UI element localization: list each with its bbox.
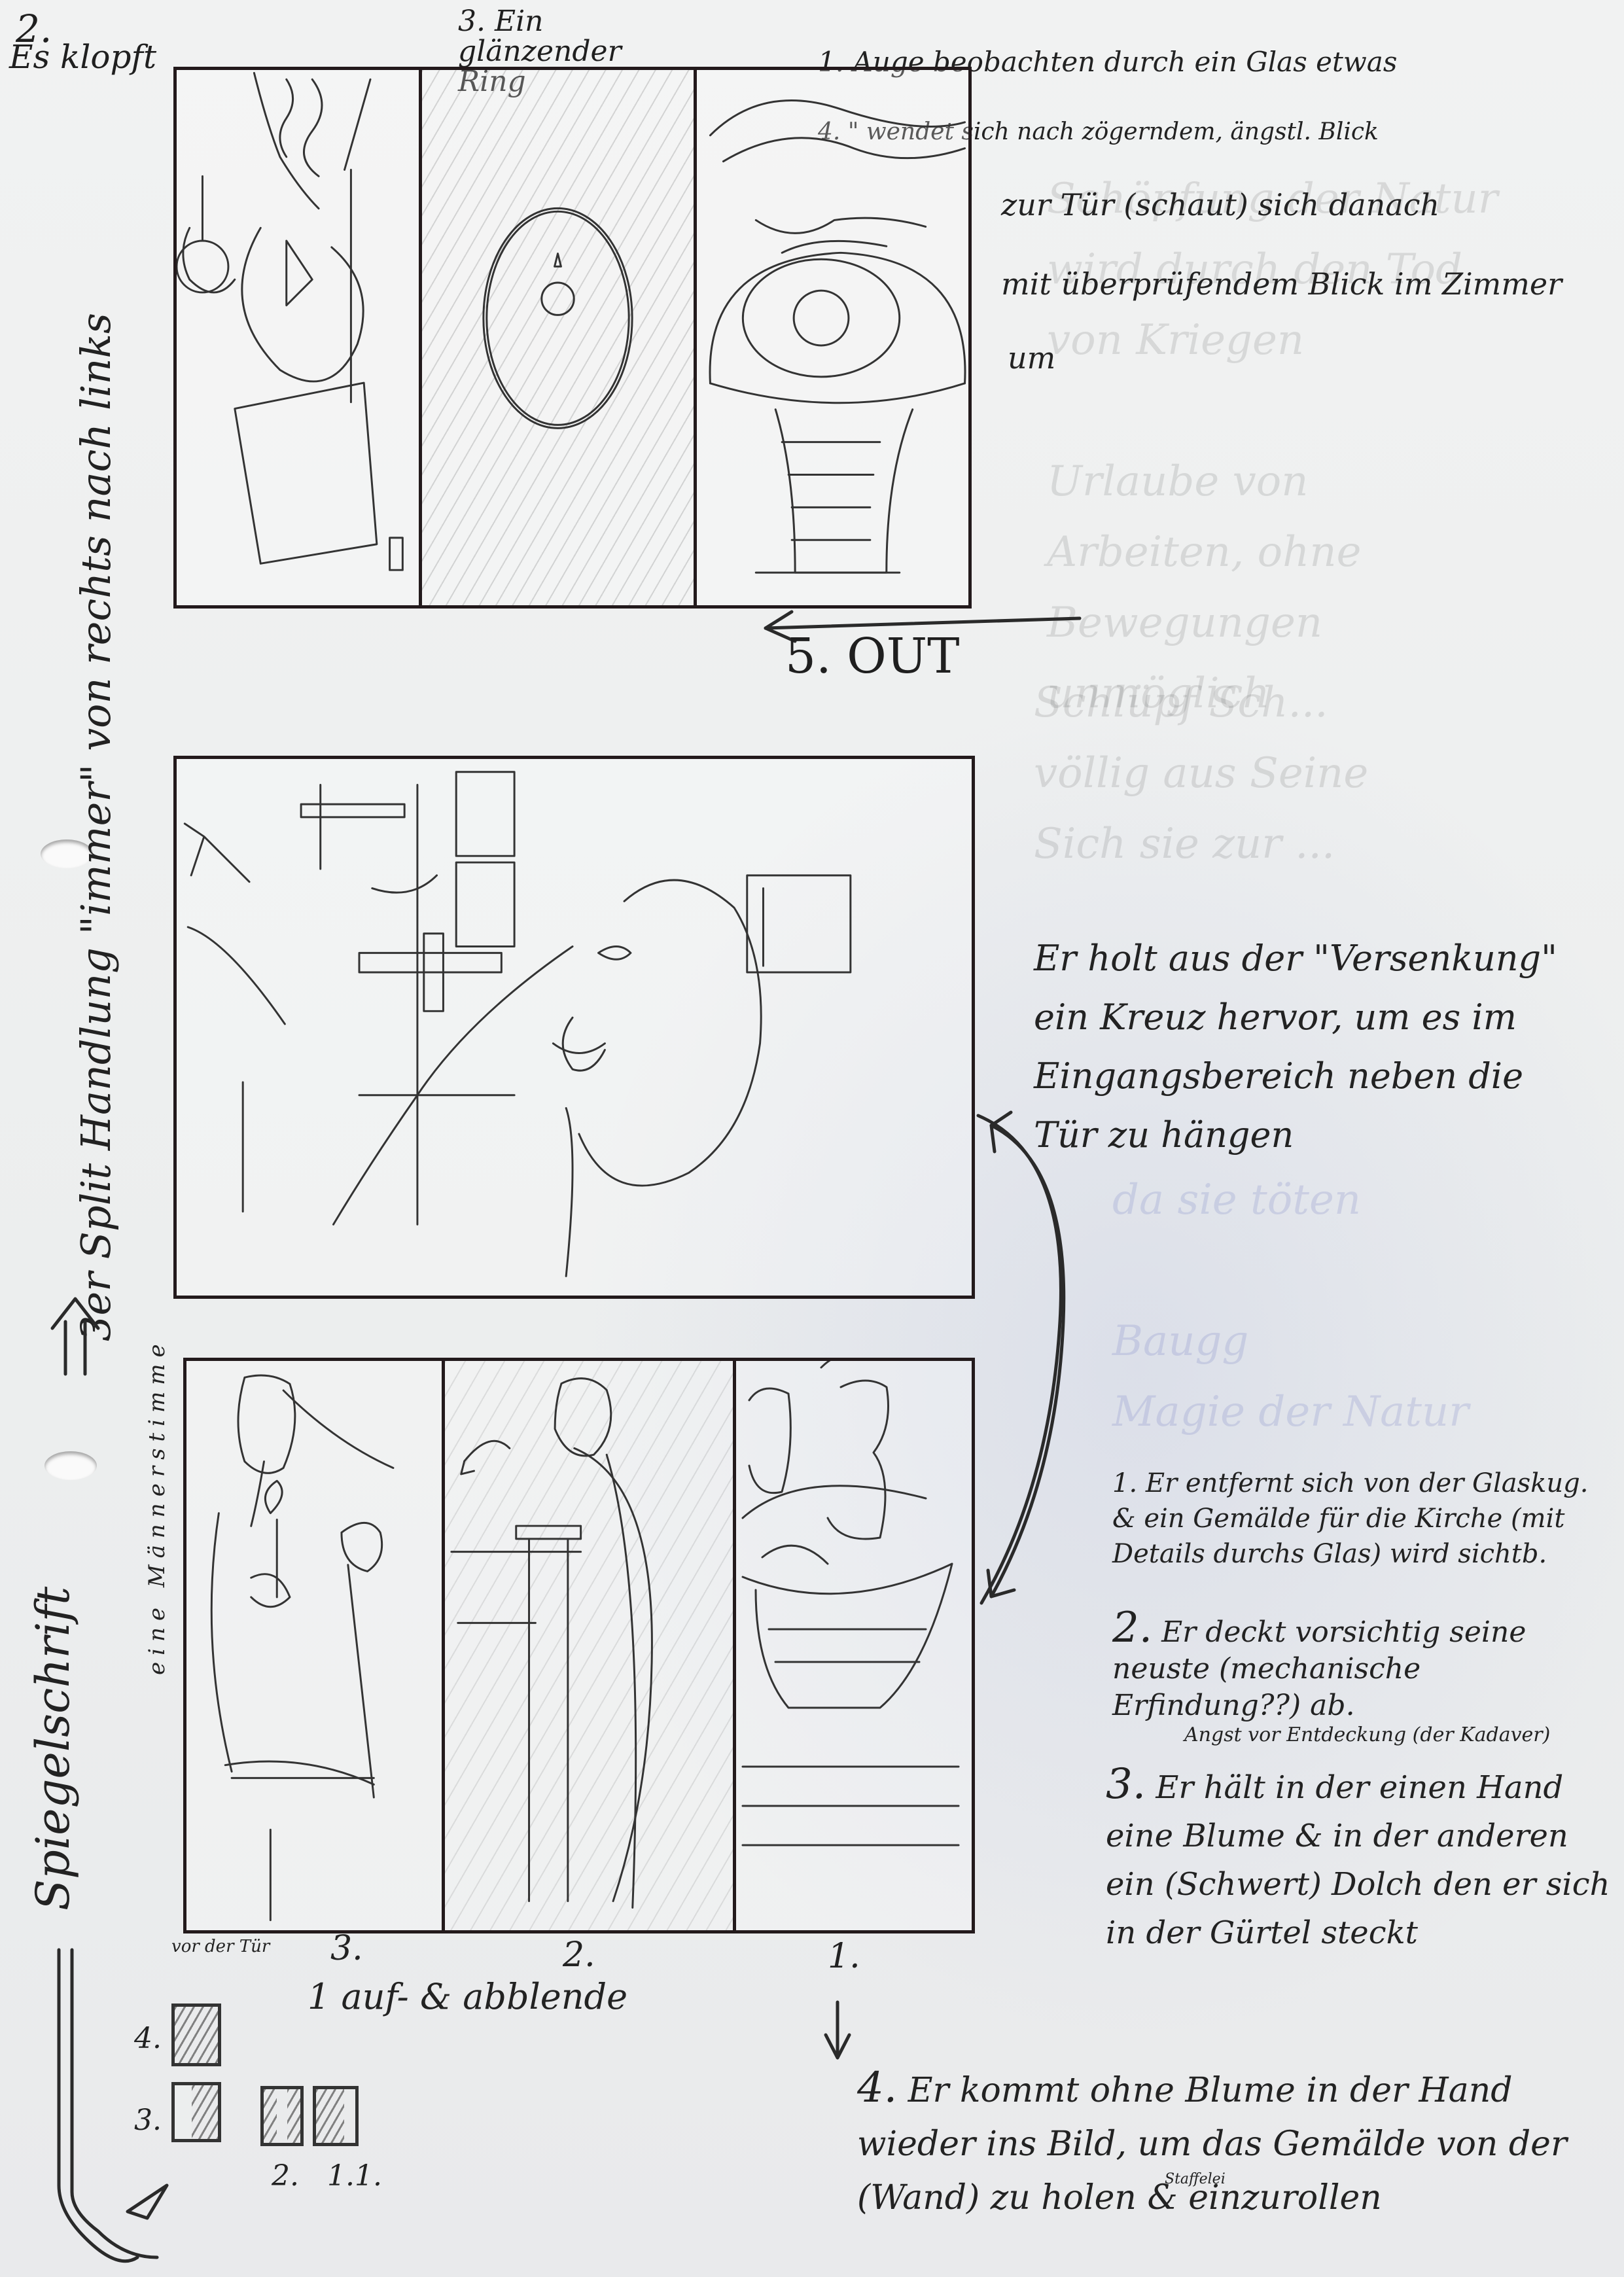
bottom-note-2: 2. Er deckt vorsichtig seine neuste (mec…	[1112, 1610, 1610, 1746]
bottom-note-4-insert: Staffelei	[1165, 2153, 1226, 2206]
label-3-number: 3.	[458, 5, 485, 38]
vertical-note-maennerstimme: eine Männerstimme	[144, 1337, 170, 1675]
label-panel-3: 3.	[330, 1929, 363, 1968]
bleed-through-middle-right: Schlüpf Sch... völlig aus Seine Sich sie…	[1034, 667, 1368, 879]
storyboard-frame-bottom	[183, 1358, 975, 1933]
diagram-cell-4	[171, 2003, 221, 2066]
label-panel-1: 1.	[828, 1937, 860, 1976]
punch-hole-lower	[44, 1451, 97, 1480]
diagram-row-3-label: 3.	[134, 2104, 162, 2137]
storyboard-frame-top	[173, 67, 972, 609]
diagram-label-1-1: 1.1.	[327, 2159, 382, 2193]
diagram-cell-3	[171, 2082, 221, 2142]
panel-door-knocker	[177, 70, 422, 605]
man-flower-dagger-sketch	[186, 1361, 442, 1930]
panel-mechanism	[445, 1361, 736, 1930]
diagram-cell-2	[260, 2086, 304, 2146]
bottom-note-2-sub: Angst vor Entdeckung (der Kadaver)	[1112, 1724, 1610, 1746]
ring-sketch	[422, 70, 694, 605]
label-vor-der-tuer: vor der Tür	[171, 1937, 270, 1956]
panel-glass-bowl-painting	[736, 1361, 972, 1930]
vertical-note-split-handlung: 3er Split Handlung "immer" von rechts na…	[72, 313, 120, 1341]
label-auf-abblende: 1 auf- & abblende	[308, 1976, 627, 2017]
bleed-through-lower-right: da sie töten Baugg Magie der Natur	[1112, 1165, 1469, 1447]
diagram-cell-1	[313, 2086, 359, 2146]
diagram-label-2: 2.	[272, 2159, 299, 2193]
panel-man-flower-dagger	[186, 1361, 445, 1930]
glass-bowl-sketch	[736, 1361, 972, 1930]
bearded-man-door-sketch	[177, 759, 972, 1296]
diagram-row-4-label: 4.	[134, 2022, 162, 2055]
bottom-note-1: 1. Er entfernt sich von der Glaskug. & e…	[1112, 1466, 1610, 1572]
panel-eye-glass	[697, 70, 968, 605]
bottom-note-3: 3. Er hält in der einen Hand eine Blume …	[1106, 1760, 1616, 1957]
middle-note: Er holt aus der "Versenkung" ein Kreuz h…	[1034, 929, 1597, 1165]
bottom-note-4: 4. Er kommt ohne Blume in der Hand wiede…	[857, 2061, 1610, 2225]
label-es-klopft: Es klopft	[9, 38, 156, 76]
label-panel-2: 2.	[563, 1935, 595, 1975]
door-knocker-sketch	[177, 70, 419, 605]
panel-glowing-ring	[422, 70, 697, 605]
eye-glass-sketch	[697, 70, 968, 605]
vertical-note-spiegelschrift: Spiegelschrift	[26, 1587, 80, 1911]
mechanism-sketch	[445, 1361, 733, 1930]
out-label: 5. OUT	[785, 628, 960, 684]
storyboard-frame-middle	[173, 756, 975, 1299]
